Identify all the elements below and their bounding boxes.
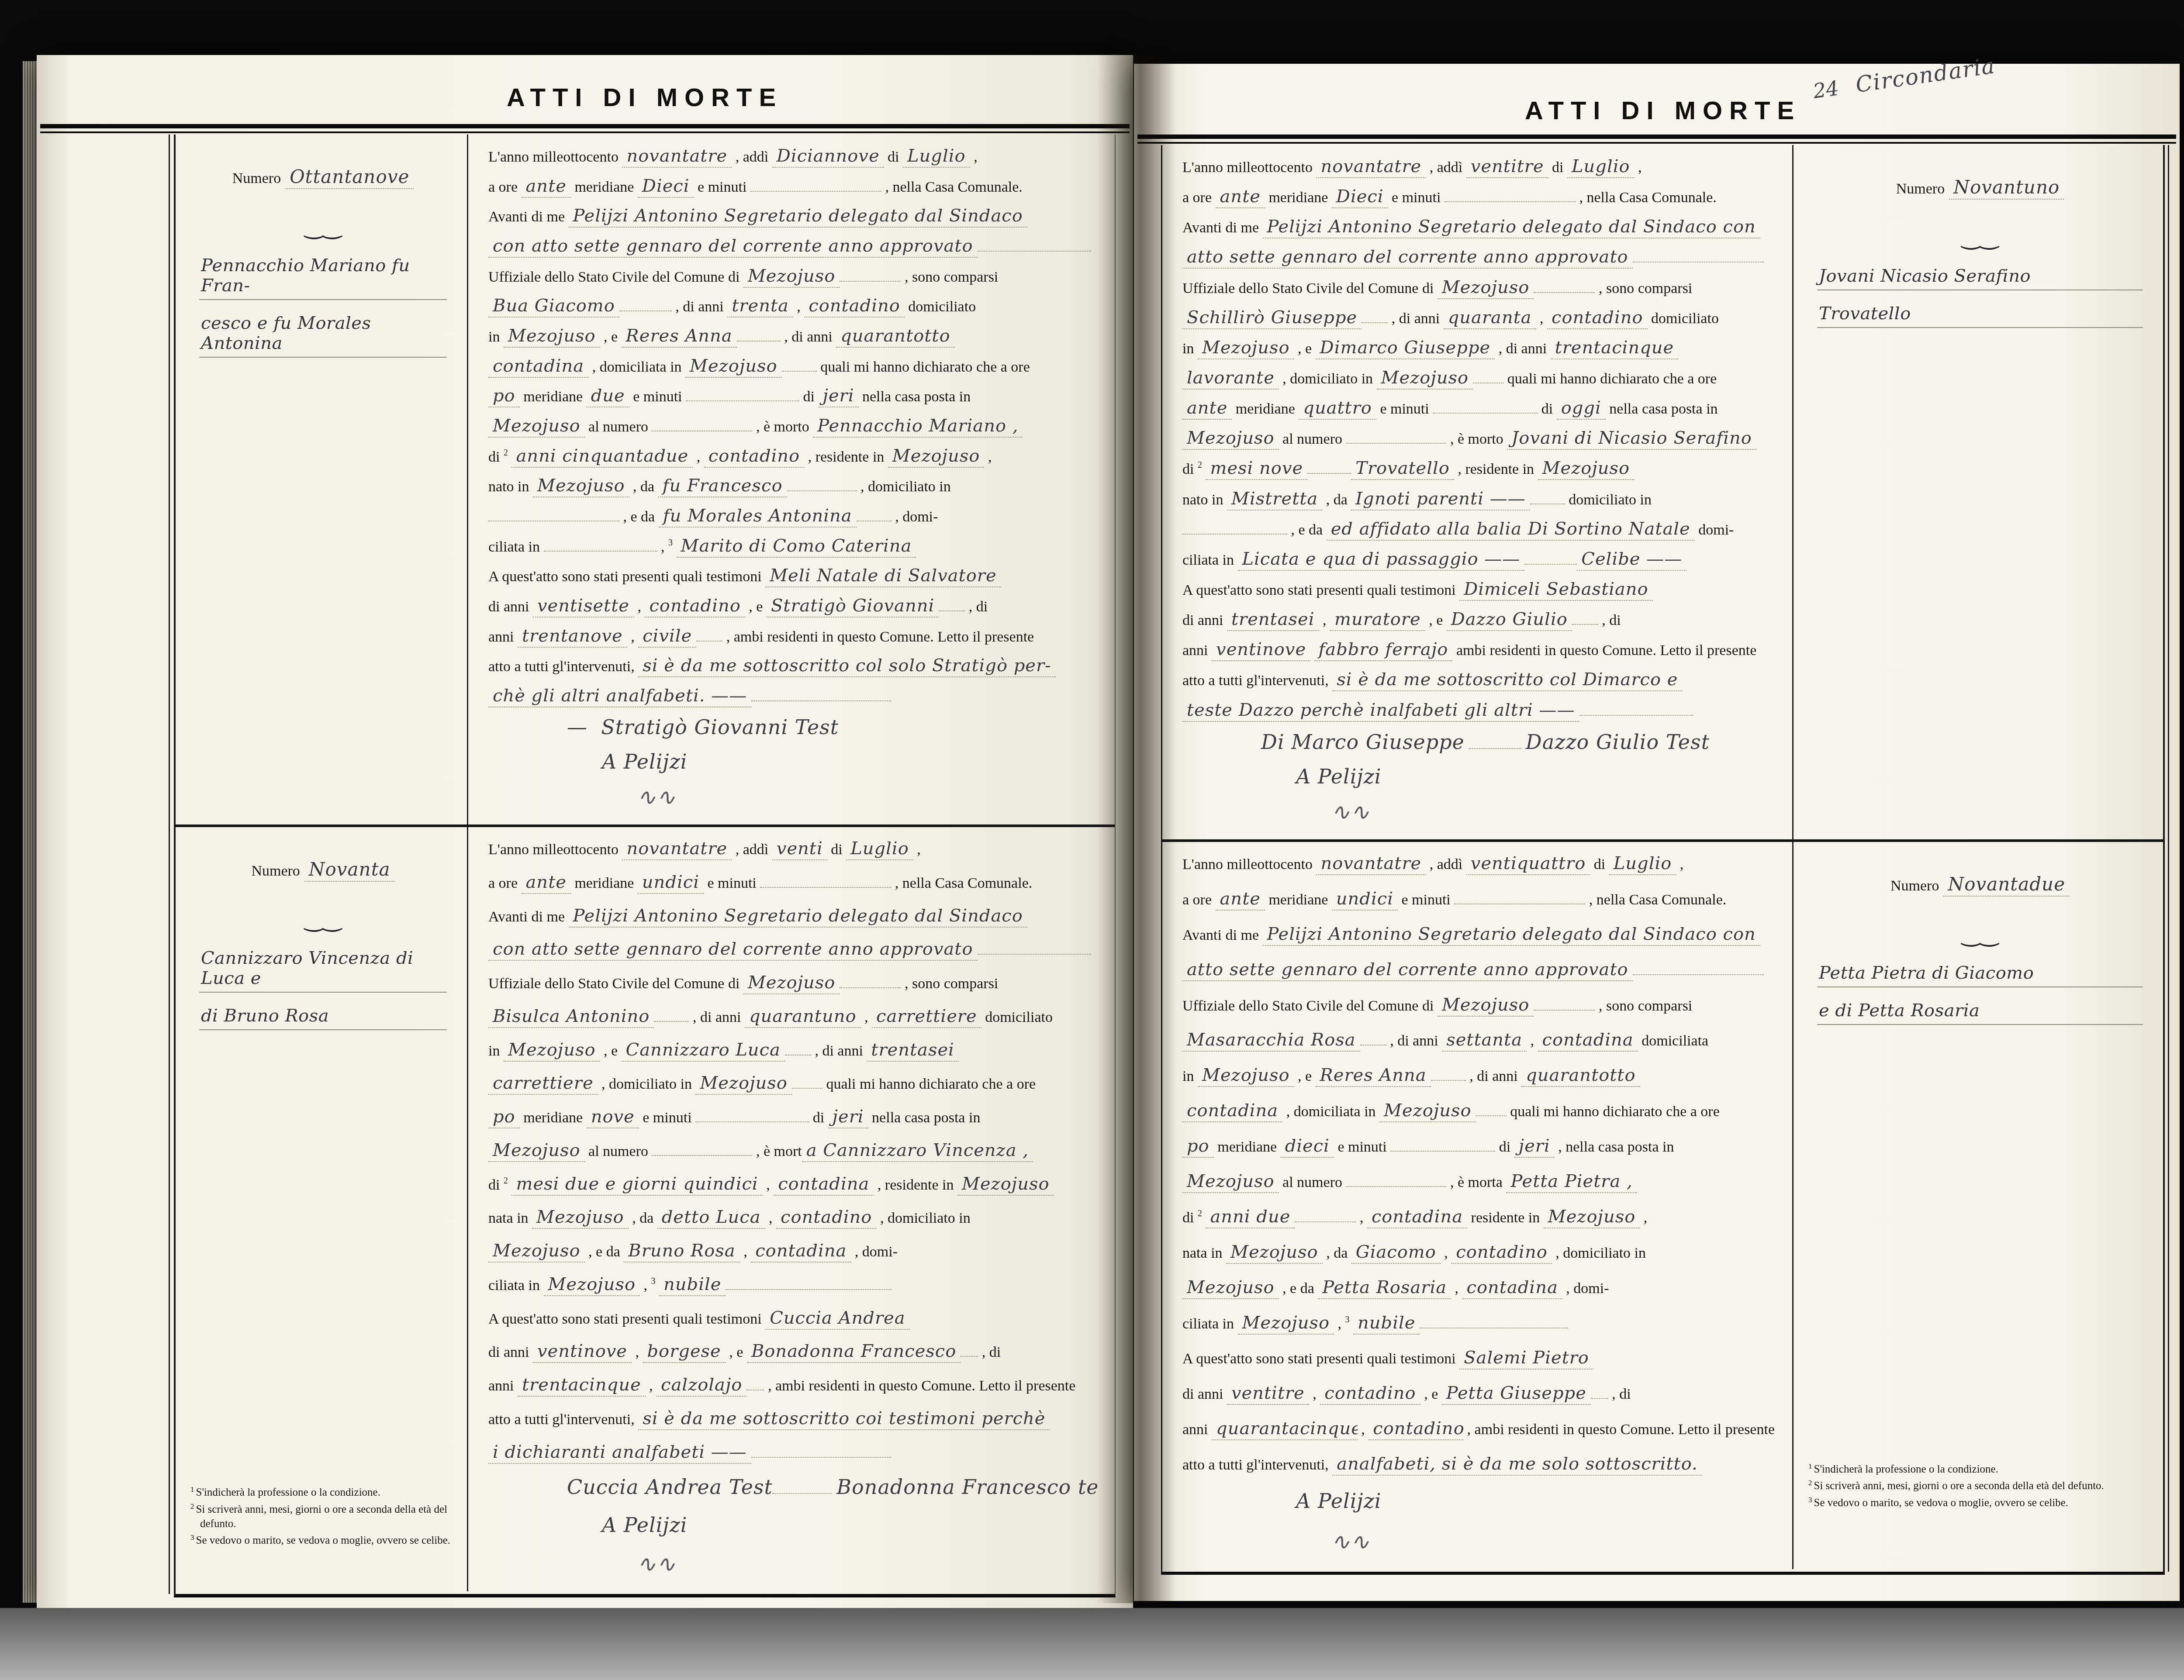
- handwritten-text: Mezojuso: [504, 326, 600, 348]
- record-line: Mezojuso al numero , è morta Petta Pietr…: [1182, 1171, 1775, 1193]
- footnote-text: Si scriverà anni, mesi, giorni o ore a s…: [196, 1504, 448, 1530]
- printed-text: [508, 1177, 512, 1194]
- numero-label: Numero: [251, 863, 300, 880]
- record-line: Mezojuso , e da Petta Rosaria , contadin…: [1182, 1277, 1775, 1299]
- record-line: , e da ed affidato alla balia Di Sortino…: [1182, 519, 1775, 541]
- record-line: Avanti di me Pelijzi Antonino Segretario…: [488, 906, 1097, 928]
- handwritten-text: contadina: [1182, 1100, 1282, 1122]
- record-line: di anni ventisette , contadino , e Strat…: [488, 596, 1097, 617]
- signature-line: Di Marco GiuseppeDazzo Giulio Test: [1257, 730, 1775, 756]
- record-line: a ore ante meridiane Dieci e minuti , ne…: [1182, 186, 1775, 208]
- handwritten-text: ventinove: [1212, 639, 1310, 661]
- handwritten-text: ∿∿: [632, 784, 680, 811]
- printed-text: Uffiziale dello Stato Civile del Comune …: [1182, 280, 1438, 297]
- printed-text: , nella Casa Comunale.: [1576, 190, 1717, 206]
- blank-fill: [652, 1142, 752, 1156]
- printed-text: ,: [1319, 612, 1330, 629]
- printed-text: , ambi residenti in questo Comune. Letto…: [764, 1378, 1075, 1394]
- printed-text: [673, 539, 677, 555]
- blank-fill: [760, 874, 891, 888]
- blank-fill: [978, 238, 1091, 252]
- handwritten-text: Petta Rosaria: [1318, 1277, 1451, 1299]
- record-line: A quest'atto sono stati presenti quali t…: [488, 1308, 1097, 1330]
- signature-line: ∿∿: [632, 784, 1097, 811]
- printed-text: ,: [793, 299, 805, 315]
- handwritten-text: contadina: [1462, 1277, 1562, 1299]
- book-page-edges: [23, 61, 38, 1603]
- blank-fill: [939, 597, 965, 611]
- printed-text: ambi residenti in questo Comune. Letto i…: [1452, 642, 1756, 659]
- handwritten-text: Mezojuso: [544, 1274, 640, 1296]
- handwritten-text: Cuccia Andrea Test: [563, 1475, 772, 1500]
- printed-text: di: [799, 389, 818, 405]
- printed-text: e minuti: [694, 179, 750, 196]
- handwritten-text: Pelijzi Antonino Segretario delegato dal…: [1263, 217, 1760, 238]
- handwritten-text: novantatre: [622, 838, 732, 860]
- death-record-92: Numero Novantadue‿‿Petta Pietra di Giaco…: [1162, 839, 2163, 1569]
- handwritten-text: A Pelijzi: [1292, 765, 1386, 789]
- printed-text: , domiciliato in: [1552, 1245, 1646, 1262]
- blank-fill: [1295, 1208, 1356, 1222]
- printed-text: di anni: [1182, 1386, 1227, 1403]
- handwritten-text: Mezojuso: [1544, 1207, 1640, 1228]
- page-title: ATTI DI MORTE: [1161, 96, 2165, 125]
- handwritten-text: Dazzo Giulio: [1447, 609, 1572, 631]
- handwritten-text: si è da me sottoscritto coi testimoni pe…: [638, 1408, 1050, 1430]
- printed-text: a ore: [488, 875, 522, 892]
- handwritten-text: Mezojuso: [488, 416, 585, 438]
- blank-fill: [1579, 702, 1693, 716]
- handwritten-text: Petta Pietra ,: [1506, 1171, 1637, 1193]
- record-line: di anni ventinove , borgese , e Bonadonn…: [488, 1341, 1097, 1363]
- handwritten-text: undici: [638, 872, 704, 894]
- handwritten-text: Licata e qua di passaggio ——: [1238, 549, 1525, 571]
- handwritten-text: contadina: [1538, 1030, 1638, 1052]
- printed-text: , e: [726, 1344, 747, 1361]
- printed-text: , addì: [1426, 159, 1466, 176]
- handwritten-text: Ignoti parenti ——: [1351, 489, 1530, 511]
- printed-text: ,: [1640, 1210, 1647, 1226]
- printed-text: meridiane: [1265, 892, 1332, 908]
- footnote-marker: 2: [1198, 460, 1202, 470]
- record-line: i dichiaranti analfabeti ——: [488, 1442, 1097, 1464]
- printed-text: A quest'atto sono stati presenti quali t…: [488, 1311, 765, 1328]
- numero-label: Numero: [1896, 181, 1945, 197]
- blank-fill: [695, 1108, 809, 1122]
- handwritten-text: atto sette gennaro del corrente anno app…: [1182, 959, 1633, 981]
- handwritten-text: A Pelijzi: [1292, 1489, 1386, 1514]
- blank-fill: [772, 1480, 832, 1494]
- handwritten-text: contadina: [751, 1241, 851, 1263]
- footnote-number: 3: [1808, 1496, 1812, 1504]
- record-line: teste Dazzo perchè inalfabeti gli altri …: [1182, 700, 1775, 722]
- record-line: L'anno milleottocento novantatre , addì …: [488, 146, 1097, 168]
- handwritten-text: dieci: [1281, 1136, 1334, 1158]
- record-line: Uffiziale dello Stato Civile del Comune …: [488, 266, 1097, 288]
- printed-text: in: [488, 1043, 504, 1059]
- printed-text: A quest'atto sono stati presenti quali t…: [1182, 582, 1459, 599]
- deceased-name-margin: cesco e fu Morales Antonina: [199, 313, 447, 358]
- record-line: a ore ante meridiane undici e minuti , n…: [488, 872, 1097, 894]
- record-line: nata in Mezojuso , da Giacomo , contadin…: [1182, 1242, 1775, 1264]
- printed-text: di: [1495, 1139, 1514, 1156]
- flourish: ‿‿: [198, 906, 448, 932]
- record-number-line: Numero Novantadue: [1816, 873, 2144, 897]
- handwritten-text: Mezojuso: [504, 1040, 600, 1062]
- handwritten-text: atto sette gennaro del corrente anno app…: [1182, 247, 1633, 269]
- printed-text: [656, 1277, 660, 1294]
- handwritten-text: ventitre: [1466, 156, 1548, 178]
- handwritten-text: anni cinquantadue: [511, 446, 693, 468]
- signature-line: Cuccia Andrea TestBonadonna Francesco te: [563, 1475, 1097, 1501]
- printed-text: , di anni: [1386, 1033, 1442, 1049]
- record-line: carrettiere , domiciliato in Mezojuso qu…: [488, 1073, 1097, 1095]
- record-line: A quest'atto sono stati presenti quali t…: [1182, 579, 1775, 601]
- record-line: ciliata in Licata e qua di passaggio ——C…: [1182, 549, 1775, 571]
- printed-text: , è morta: [1446, 1174, 1506, 1191]
- printed-text: Avanti di me: [1182, 220, 1263, 236]
- handwritten-text: undici: [1332, 889, 1398, 911]
- printed-text: meridiane: [571, 179, 638, 196]
- flourish: ‿‿: [198, 214, 448, 240]
- handwritten-text: Mezojuso: [488, 1241, 585, 1263]
- printed-text: e minuti: [639, 1110, 695, 1126]
- footnotes: 1S'indicherà la professione o la condizi…: [1805, 1460, 2156, 1512]
- blank-fill: [840, 268, 901, 282]
- record-line: nato in Mezojuso , da fu Francesco , dom…: [488, 476, 1097, 497]
- blank-fill: [619, 297, 672, 311]
- printed-text: , da: [629, 479, 658, 495]
- footnote: 3Se vedovo o marito, se vedova o moglie,…: [187, 1533, 460, 1548]
- handwritten-text: chè gli altri analfabeti. ——: [488, 686, 751, 707]
- printed-text: domiciliato: [981, 1009, 1053, 1026]
- record-line: anni trentacinque , calzolajo , ambi res…: [488, 1375, 1097, 1397]
- footnote: 2Si scriverà anni, mesi, giorni o ore a …: [187, 1502, 460, 1531]
- printed-text: Uffiziale dello Stato Civile del Comune …: [488, 976, 743, 992]
- printed-text: , e da: [1279, 1280, 1318, 1297]
- printed-text: , e: [745, 599, 767, 615]
- record-line: contadina , domiciliata in Mezojuso qual…: [488, 356, 1097, 378]
- handwritten-text: Schillirò Giuseppe: [1182, 307, 1362, 329]
- printed-text: a ore: [488, 179, 522, 196]
- record-line: di 2 anni due , contadina residente in M…: [1182, 1207, 1775, 1228]
- printed-text: al numero: [585, 1143, 652, 1160]
- footnote-marker: 2: [504, 1176, 508, 1186]
- signature-line: A Pelijzi: [1292, 1489, 1775, 1515]
- header-rule: [40, 124, 1130, 133]
- death-record-89: Numero Ottantanove‿‿Pennacchio Mariano f…: [176, 135, 1115, 824]
- handwritten-text: Pennacchio Mariano ,: [813, 416, 1023, 438]
- printed-text: di: [827, 842, 846, 858]
- record-number-line: Numero Novantuno: [1816, 176, 2144, 200]
- printed-text: quali mi hanno dichiarato che a ore: [1503, 371, 1717, 387]
- printed-text: meridiane: [520, 1110, 587, 1126]
- printed-text: e minuti: [1376, 401, 1433, 417]
- printed-text: quali mi hanno dichiarato che a ore: [822, 1076, 1036, 1093]
- handwritten-text: Marito di Como Caterina: [677, 536, 916, 558]
- record-number: Novantuno: [1949, 176, 2064, 200]
- printed-text: , ambi residenti in questo Comune. Letto…: [722, 629, 1034, 645]
- record-number: Novantadue: [1943, 873, 2070, 897]
- printed-text: di: [1590, 856, 1609, 873]
- printed-text: A quest'atto sono stati presenti quali t…: [488, 569, 765, 585]
- handwritten-text: Bonadonna Francesco: [747, 1341, 961, 1363]
- handwritten-text: fu Francesco: [658, 476, 787, 497]
- printed-text: , di anni: [672, 299, 727, 315]
- printed-text: anni: [488, 1378, 518, 1394]
- handwritten-text: nubile: [1353, 1313, 1420, 1335]
- printed-text: L'anno milleottocento: [1182, 856, 1316, 873]
- record-line: po meridiane dieci e minuti di jeri , ne…: [1182, 1136, 1775, 1158]
- handwritten-text: Dieci: [1332, 186, 1388, 208]
- printed-text: di: [488, 449, 504, 466]
- printed-text: , e da: [585, 1244, 624, 1260]
- printed-text: ciliata in: [1182, 552, 1238, 569]
- record-line: anni trentanove , civile , ambi resident…: [488, 626, 1097, 648]
- printed-text: , di anni: [1388, 310, 1443, 327]
- handwritten-text: Salemi Pietro: [1459, 1348, 1593, 1370]
- handwritten-text: ventinove: [533, 1341, 632, 1363]
- handwritten-note: Circondaria: [1854, 53, 1997, 97]
- deceased-name-margin: Petta Pietra di Giacomo: [1817, 963, 2143, 987]
- handwritten-text: novantatre: [622, 146, 732, 168]
- handwritten-text: ante: [1216, 889, 1265, 911]
- printed-text: di: [884, 149, 903, 166]
- handwritten-text: ventitre: [1227, 1383, 1309, 1405]
- handwritten-text: a Cannizzaro Vincenza ,: [802, 1140, 1033, 1162]
- printed-text: , e: [1425, 612, 1447, 629]
- handwritten-text: contadina: [774, 1174, 874, 1196]
- handwritten-text: Mezojuso: [1182, 428, 1279, 450]
- handwritten-text: quattro: [1299, 398, 1376, 420]
- footnote-text: Se vedovo o marito, se vedova o moglie, …: [196, 1535, 450, 1547]
- printed-text: meridiane: [1265, 190, 1332, 206]
- printed-text: Avanti di me: [488, 909, 569, 925]
- deceased-name-margin: e di Petta Rosaria: [1817, 1000, 2143, 1025]
- deceased-name-margin: Trovatello: [1817, 304, 2143, 328]
- footnote-number: 1: [1808, 1462, 1812, 1470]
- record-line: Bisulca Antonino , di anni quarantuno , …: [488, 1006, 1097, 1028]
- handwritten-text: analfabeti, si è da me solo sottoscritto…: [1332, 1454, 1702, 1476]
- handwritten-text: Luglio: [1567, 156, 1635, 178]
- record-line: Uffiziale dello Stato Civile del Comune …: [1182, 995, 1775, 1017]
- blank-fill: [1444, 188, 1576, 202]
- record-line: contadina , domiciliata in Mezojuso qual…: [1182, 1100, 1775, 1122]
- form-frame: Numero Novantuno‿‿Jovani Nicasio Serafin…: [1161, 145, 2165, 1575]
- handwritten-text: detto Luca: [657, 1207, 765, 1229]
- blank-fill: [1534, 997, 1595, 1011]
- handwritten-text: ventiquattro: [1466, 853, 1590, 875]
- printed-text: meridiane: [1214, 1139, 1281, 1156]
- handwritten-text: Mezojuso: [532, 1207, 629, 1229]
- printed-text: meridiane: [1232, 401, 1299, 417]
- blank-fill: [1534, 279, 1595, 293]
- handwritten-text: Dazzo Giulio Test: [1521, 730, 1714, 755]
- record-number-line: Numero Novanta: [198, 859, 448, 882]
- printed-text: ,: [984, 449, 992, 466]
- record-line: Avanti di me Pelijzi Antonino Segretario…: [488, 206, 1097, 228]
- record-body: L'anno milleottocento novantatre , addì …: [1162, 145, 1792, 839]
- printed-text: di: [1548, 159, 1567, 176]
- printed-text: , addì: [732, 842, 772, 858]
- printed-text: , sono comparsi: [901, 976, 998, 992]
- handwritten-text: — Stratigò Giovanni Test: [563, 715, 843, 740]
- blank-fill: [654, 1008, 689, 1022]
- printed-text: ,: [1527, 1033, 1538, 1049]
- printed-text: [1202, 1210, 1206, 1226]
- margin-column: Numero Novantadue‿‿Petta Pietra di Giaco…: [1792, 842, 2163, 1569]
- footnote-text: S'indicherà la professione o la condizio…: [196, 1487, 380, 1498]
- blank-fill: [1307, 460, 1351, 474]
- footnote: 3Se vedovo o marito, se vedova o moglie,…: [1805, 1495, 2156, 1511]
- printed-text: , di anni: [1466, 1068, 1521, 1085]
- printed-text: , residente in: [804, 449, 888, 466]
- handwritten-text: fabbro ferrajo: [1314, 639, 1453, 661]
- printed-text: , ambi residenti in questo Comune. Letto…: [1463, 1421, 1775, 1438]
- scanner-bed: [0, 1608, 2184, 1680]
- handwritten-text: jeri: [1514, 1136, 1555, 1158]
- printed-text: quali mi hanno dichiarato che a ore: [1507, 1104, 1720, 1120]
- record-line: atto a tutti gl'intervenuti, si è da me …: [488, 655, 1097, 677]
- handwritten-text: Mezojuso: [1377, 368, 1473, 390]
- blank-fill: [751, 687, 891, 701]
- record-line: Mezojuso , e da Bruno Rosa , contadina ,…: [488, 1241, 1097, 1263]
- printed-text: Uffiziale dello Stato Civile del Comune …: [1182, 998, 1438, 1014]
- record-number-line: Numero Ottantanove: [198, 166, 448, 189]
- deceased-name-margin: di Bruno Rosa: [199, 1006, 447, 1030]
- printed-text: , nella casa posta in: [1555, 1139, 1674, 1156]
- handwritten-text: nubile: [659, 1274, 726, 1296]
- handwritten-text: quarantacinque: [1212, 1418, 1358, 1440]
- blank-fill: [1524, 551, 1577, 565]
- printed-text: , nella Casa Comunale.: [881, 179, 1023, 196]
- handwritten-text: Mezojuso: [1379, 1100, 1476, 1122]
- printed-text: , domi-: [892, 509, 938, 525]
- printed-text: , residente in: [1454, 461, 1538, 478]
- printed-text: , addì: [732, 149, 772, 166]
- blank-fill: [1390, 1138, 1495, 1152]
- record-line: anni ventinove fabbro ferrajo ambi resid…: [1182, 639, 1775, 661]
- record-line: con atto sette gennaro del corrente anno…: [488, 236, 1097, 258]
- record-line: A quest'atto sono stati presenti quali t…: [1182, 1348, 1775, 1370]
- printed-text: nella casa posta in: [868, 1110, 981, 1126]
- handwritten-text: Mezojuso: [1438, 277, 1534, 299]
- handwritten-text: Mezojuso: [1198, 338, 1294, 359]
- death-record-90: Numero Novanta‿‿Cannizzaro Vincenza di L…: [176, 824, 1115, 1591]
- record-line: Mezojuso al numero , è morto Pennacchio …: [488, 416, 1097, 438]
- printed-text: [1350, 1316, 1354, 1332]
- handwritten-text: contadina: [1367, 1207, 1467, 1228]
- printed-text: ,: [1356, 1210, 1367, 1226]
- printed-text: , domiciliato in: [598, 1076, 696, 1093]
- blank-fill: [750, 178, 881, 192]
- printed-text: , di anni: [811, 1043, 867, 1059]
- handwritten-text: trenta: [727, 296, 793, 317]
- handwritten-text: contadino: [645, 596, 745, 617]
- printed-text: , e: [1294, 1068, 1316, 1085]
- handwritten-text: contadino: [804, 296, 904, 317]
- printed-text: atto a tutti gl'intervenuti,: [488, 1411, 638, 1428]
- printed-text: di: [488, 1177, 504, 1194]
- footnote-marker: 3: [668, 538, 673, 548]
- record-line: , e da fu Morales Antonina , domi-: [488, 506, 1097, 528]
- handwritten-text: Mezojuso: [743, 266, 840, 288]
- printed-text: ,: [763, 1177, 774, 1194]
- footnote: 2Si scriverà anni, mesi, giorni o ore a …: [1805, 1478, 2156, 1494]
- printed-text: , domiciliato in: [1279, 371, 1377, 387]
- printed-text: ,: [646, 1378, 657, 1394]
- printed-text: ,: [634, 599, 645, 615]
- record-line: atto sette gennaro del corrente anno app…: [1182, 959, 1775, 981]
- handwritten-text: contadino: [1320, 1383, 1420, 1405]
- handwritten-text: trentasei: [867, 1040, 959, 1062]
- printed-text: , e da: [1287, 522, 1327, 538]
- printed-text: ,: [740, 1244, 751, 1260]
- deceased-name-margin: Cannizzaro Vincenza di Luca e: [199, 948, 447, 993]
- printed-text: ,: [861, 1009, 872, 1026]
- signature-line: — Stratigò Giovanni Test: [563, 715, 1097, 742]
- handwritten-text: Mezojuso: [888, 446, 985, 468]
- blank-fill: [726, 1276, 892, 1290]
- printed-text: domiciliato: [905, 299, 976, 315]
- handwritten-text: carrettiere: [488, 1073, 598, 1095]
- printed-text: e minuti: [629, 389, 686, 405]
- footnote: 1S'indicherà la professione o la condizi…: [187, 1485, 460, 1500]
- handwritten-text: novantatre: [1316, 156, 1426, 178]
- record-line: Mezojuso al numero , è morto Jovani di N…: [1182, 428, 1775, 450]
- handwritten-text: Mezojuso: [533, 476, 629, 497]
- record-line: ante meridiane quattro e minuti di oggi …: [1182, 398, 1775, 420]
- handwritten-text: A Pelijzi: [598, 1513, 692, 1538]
- handwritten-text: Mezojuso: [1238, 1313, 1334, 1335]
- printed-text: [1202, 461, 1206, 478]
- blank-fill: [1346, 1173, 1446, 1187]
- handwritten-text: quarantotto: [836, 326, 954, 348]
- blank-fill: [1530, 490, 1565, 504]
- blank-fill: [840, 974, 901, 988]
- handwritten-text: Petta Giuseppe: [1442, 1383, 1591, 1405]
- blank-fill: [857, 507, 892, 521]
- handwritten-text: jeri: [828, 1107, 868, 1128]
- printed-text: , sono comparsi: [901, 269, 998, 286]
- blank-fill: [1362, 309, 1388, 323]
- handwritten-text: contadino: [1368, 1418, 1463, 1440]
- handwritten-text: Cannizzaro Luca: [622, 1040, 785, 1062]
- printed-text: , di anni: [689, 1009, 744, 1026]
- printed-text: e minuti: [1388, 190, 1444, 206]
- handwritten-text: Trovatello: [1351, 458, 1454, 480]
- record-line: ciliata in Mezojuso , 3 nubile: [488, 1274, 1097, 1296]
- printed-text: ,: [1635, 159, 1642, 176]
- printed-text: al numero: [1279, 431, 1346, 448]
- printed-text: di: [809, 1110, 828, 1126]
- handwritten-text: oggi: [1557, 398, 1606, 420]
- footnote-marker: 3: [651, 1276, 656, 1287]
- record-line: Uffiziale dello Stato Civile del Comune …: [488, 973, 1097, 994]
- handwritten-text: Bua Giacomo: [488, 296, 619, 317]
- printed-text: , e: [600, 329, 622, 345]
- signature-line: A Pelijzi: [1292, 765, 1775, 791]
- handwritten-text: contadino: [704, 446, 804, 468]
- footnote-marker: 2: [504, 448, 508, 458]
- printed-text: , di: [965, 599, 988, 615]
- handwritten-text: ventisette: [533, 596, 634, 617]
- printed-text: , domiciliata in: [1282, 1104, 1379, 1120]
- handwritten-text: trentasei: [1227, 609, 1319, 631]
- record-line: Mezojuso al numero , è morta Cannizzaro …: [488, 1140, 1097, 1162]
- printed-text: domiciliato in: [1565, 492, 1652, 508]
- blank-fill: [488, 507, 619, 521]
